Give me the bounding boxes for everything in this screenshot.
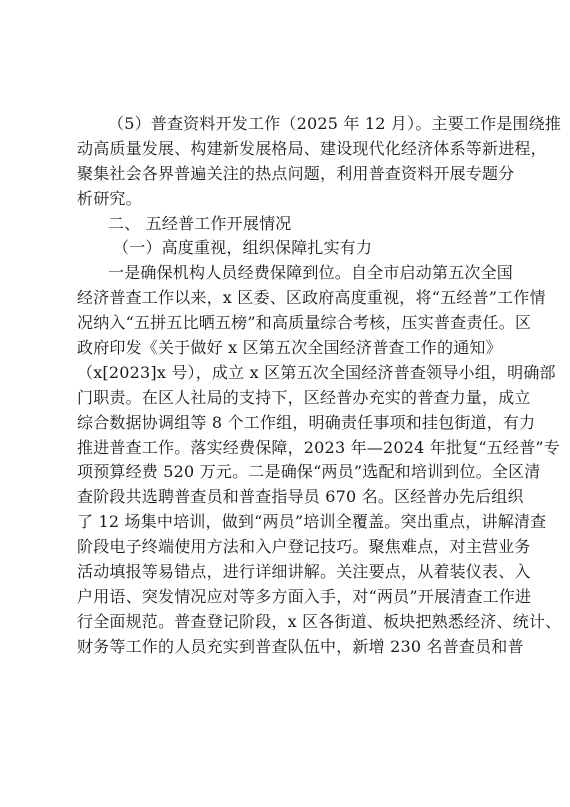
paragraph-line: 门职责。在区人社局的支持下，区经普办充实的普查力量，成立 [77, 386, 501, 411]
paragraph-line: 行全面规范。普查登记阶段，x 区各街道、板块把熟悉经济、统计、 [77, 610, 501, 635]
paragraph-line: 活动填报等易错点，进行详细讲解。关注要点，从着装仪表、入 [77, 560, 501, 585]
paragraph-line: 聚集社会各界普遍关注的热点问题，利用普查资料开展专题分 [77, 162, 501, 187]
paragraph-line: 阶段电子终端使用方法和入户登记技巧。聚焦难点，对主营业务 [77, 535, 501, 560]
paragraph-line: 户用语、突发情况应对等多方面入手，对“两员”开展清查工作进 [77, 585, 501, 610]
paragraph-line: 推进普查工作。落实经费保障，2023 年—2024 年批复“五经普”专 [77, 436, 501, 461]
paragraph-line: 析研究。 [77, 187, 501, 212]
document-body: （5）普查资料开发工作（2025 年 12 月）。主要工作是围绕推 动高质量发展… [77, 112, 501, 660]
paragraph-line: 动高质量发展、构建新发展格局、建设现代化经济体系等新进程， [77, 137, 501, 162]
paragraph-line: 一是确保机构人员经费保障到位。自全市启动第五次全国 [77, 261, 501, 286]
paragraph-line: 政府印发《关于做好 x 区第五次全国经济普查工作的通知》 [77, 336, 501, 361]
paragraph-line: 综合数据协调组等 8 个工作组，明确责任事项和挂包街道，有力 [77, 411, 501, 436]
section-heading: 二、 五经普工作开展情况 [77, 212, 501, 237]
paragraph-line: 查阶段共选聘普查员和普查指导员 670 名。区经普办先后组织 [77, 485, 501, 510]
paragraph-line: 项预算经费 520 万元。二是确保“两员”选配和培训到位。全区清 [77, 460, 501, 485]
paragraph-line: 了 12 场集中培训，做到“两员”培训全覆盖。突出重点，讲解清查 [77, 510, 501, 535]
document-page: （5）普查资料开发工作（2025 年 12 月）。主要工作是围绕推 动高质量发展… [0, 0, 570, 807]
paragraph-line: （x[2023]x 号），成立 x 区第五次全国经济普查领导小组，明确部 [77, 361, 501, 386]
paragraph-line: 经济普查工作以来，x 区委、区政府高度重视，将“五经普”工作情 [77, 286, 501, 311]
paragraph-line: 财务等工作的人员充实到普查队伍中，新增 230 名普查员和普 [77, 635, 501, 660]
paragraph-line: 况纳入“五拼五比晒五榜”和高质量综合考核，压实普查责任。区 [77, 311, 501, 336]
paragraph-line: （5）普查资料开发工作（2025 年 12 月）。主要工作是围绕推 [77, 112, 501, 137]
subsection-heading: （一）高度重视，组织保障扎实有力 [77, 236, 501, 261]
